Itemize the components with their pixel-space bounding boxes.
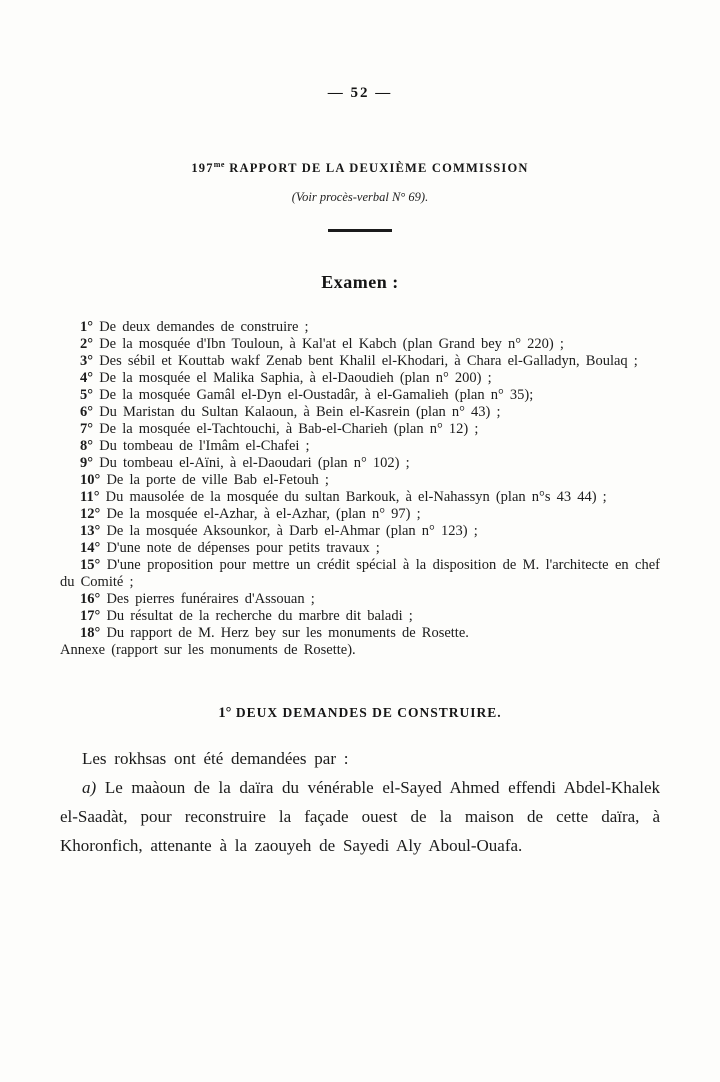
page-number: — 52 — [0,0,720,102]
section-body: Les rokhsas ont été demandées par : a) L… [60,744,660,860]
report-title: 197me RAPPORT DE LA DEUXIÈME COMMISSION [0,160,720,176]
examen-item-9: 9° Du tombeau el-Aïni, à el-Daoudari (pl… [60,455,660,472]
examen-item-7: 7° De la mosquée el-Tachtouchi, à Bab-el… [60,421,660,438]
section-title: DEUX DEMANDES DE CONSTRUIRE. [236,705,502,720]
examen-heading: Examen : [0,272,720,293]
paragraph-marker: a) [82,778,96,797]
examen-item-15: 15° D'une proposition pour mettre un cré… [60,557,660,591]
examen-item-11: 11° Du mausolée de la mosquée du sultan … [60,489,660,506]
examen-item-12: 12° De la mosquée el-Azhar, à el-Azhar, … [60,506,660,523]
section-intro: Les rokhsas ont été demandées par : [60,744,660,773]
examen-item-13: 13° De la mosquée Aksounkor, à Darb el-A… [60,523,660,540]
examen-item-5: 5° De la mosquée Gamâl el-Dyn el-Oustadâ… [60,387,660,404]
report-number-superscript: me [214,160,225,169]
document-page: — 52 — 197me RAPPORT DE LA DEUXIÈME COMM… [0,0,720,1082]
examen-item-1: 1° De deux demandes de construire ; [60,319,660,336]
examen-item-16: 16° Des pierres funéraires d'Assouan ; [60,591,660,608]
examen-item-4: 4° De la mosquée el Malika Saphia, à el-… [60,370,660,387]
examen-item-14: 14° D'une note de dépenses pour petits t… [60,540,660,557]
examen-annexe: Annexe (rapport sur les monuments de Ros… [60,642,660,659]
report-title-text: RAPPORT DE LA DEUXIÈME COMMISSION [229,161,528,175]
section-heading: 1° DEUX DEMANDES DE CONSTRUIRE. [0,705,720,722]
examen-item-17: 17° Du résultat de la recherche du marbr… [60,608,660,625]
examen-item-6: 6° Du Maristan du Sultan Kalaoun, à Bein… [60,404,660,421]
report-subtitle: (Voir procès-verbal N° 69). [0,190,720,205]
examen-item-2: 2° De la mosquée d'Ibn Touloun, à Kal'at… [60,336,660,353]
section-paragraph-a: a) Le maàoun de la daïra du vénérable el… [60,773,660,860]
examen-list: 1° De deux demandes de construire ; 2° D… [60,319,660,659]
examen-item-3: 3° Des sébil et Kouttab wakf Zenab bent … [60,353,660,370]
separator-rule [328,229,392,232]
report-number: 197 [191,161,213,175]
examen-item-18: 18° Du rapport de M. Herz bey sur les mo… [60,625,660,642]
examen-item-8: 8° Du tombeau de l'Imâm el-Chafei ; [60,438,660,455]
examen-item-10: 10° De la porte de ville Bab el-Fetouh ; [60,472,660,489]
section-number: 1° [218,705,231,721]
